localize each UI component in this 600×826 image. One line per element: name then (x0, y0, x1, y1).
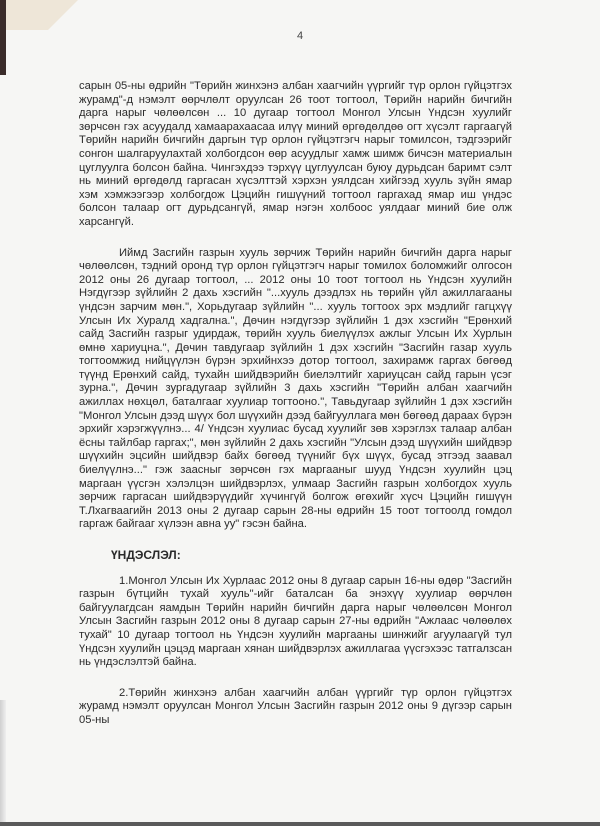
paragraph-continuation: сарын 05-ны өдрийн "Төрийн жинхэнэ албан… (79, 80, 512, 230)
paragraph-request: Иймд Засгийн газрын хууль зөрчиж Төрийн … (79, 247, 512, 532)
document-body: сарын 05-ны өдрийн "Төрийн жинхэнэ албан… (79, 80, 512, 745)
section-heading-grounds: ҮНДЭСЛЭЛ: (111, 549, 512, 563)
paragraph-ground-1: 1.Монгол Улсын Их Хурлаас 2012 оны 8 дуг… (79, 575, 512, 670)
page-number: 4 (0, 30, 600, 42)
paragraph-ground-2: 2.Төрийн жинхэнэ албан хаагчийн албан үү… (79, 687, 512, 728)
scan-left-edge (0, 700, 6, 826)
scan-folded-corner (6, 0, 78, 30)
scan-bottom-edge (0, 822, 600, 826)
